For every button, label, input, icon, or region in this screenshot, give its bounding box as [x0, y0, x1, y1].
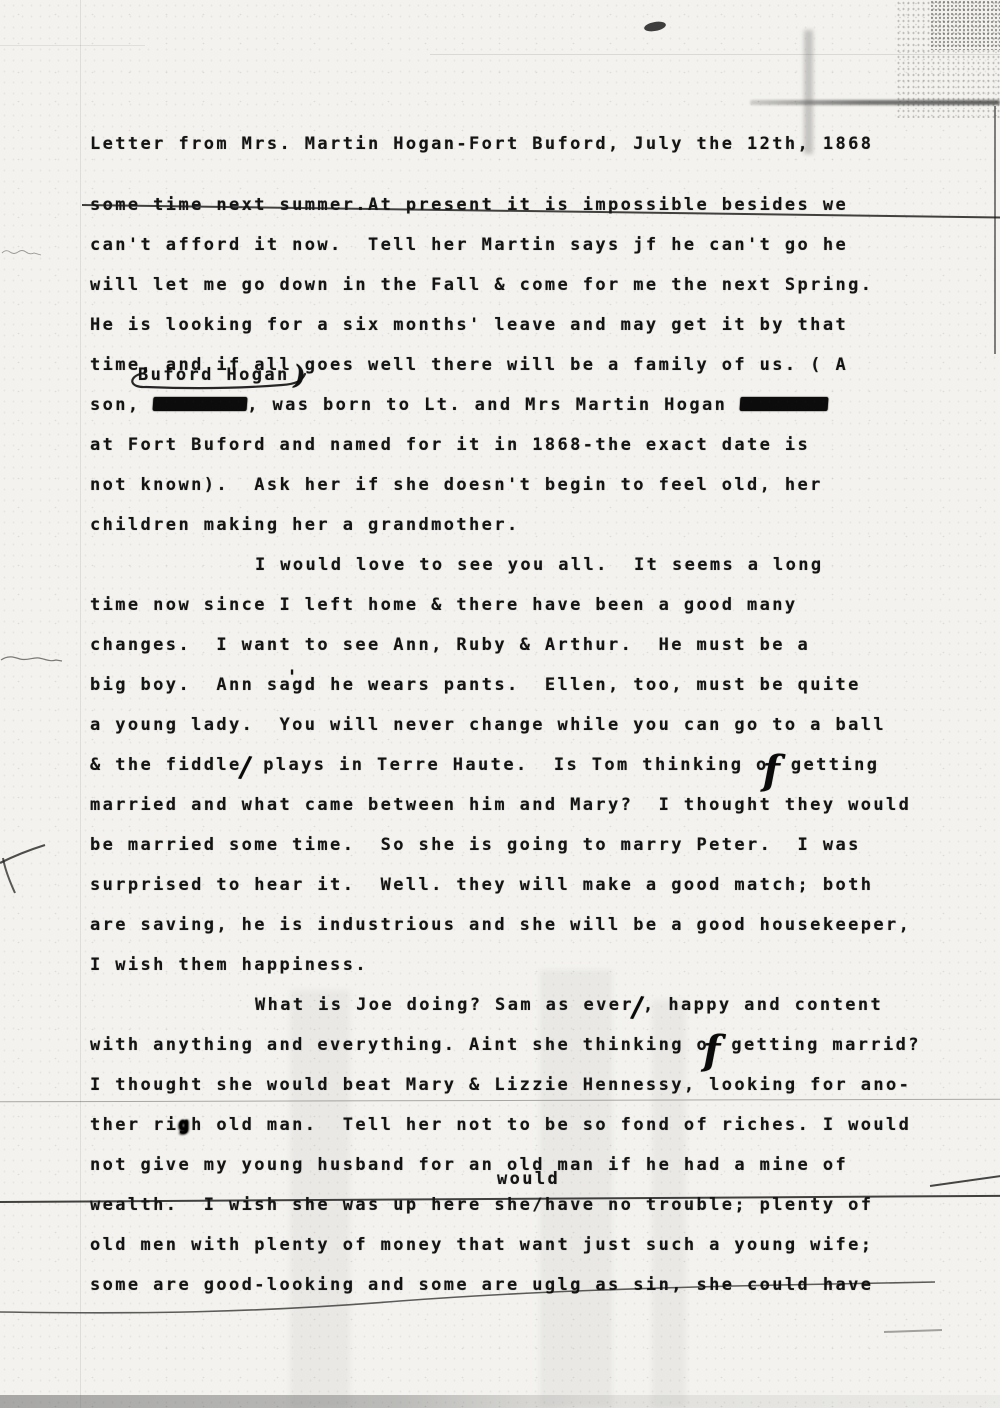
strikethrough-line — [82, 204, 1000, 218]
letter-line: can't afford it now. Tell her Martin say… — [90, 228, 970, 268]
letter-body: Letter from Mrs. Martin Hogan-Fort Bufor… — [90, 130, 970, 1308]
letter-line: ther righ old man. Tell her not to be so… — [90, 1108, 970, 1148]
letter-line: old men with plenty of money that want j… — [90, 1228, 970, 1268]
letter-line: married and what came between him and Ma… — [90, 788, 970, 828]
letter-line: are saving, he is industrious and she wi… — [90, 908, 970, 948]
letter-line: children making her a grandmother. — [90, 508, 970, 548]
letter-line: will let me go down in the Fall & come f… — [90, 268, 970, 308]
letter-line: a young lady. You will never change whil… — [90, 708, 970, 748]
scanned-letter-page: Letter from Mrs. Martin Hogan-Fort Bufor… — [0, 0, 1000, 1408]
letter-line: & the fiddle/ plays in Terre Haute. Is T… — [90, 748, 970, 788]
letter-lines: some time next summer.At present it is i… — [90, 188, 970, 1308]
letter-line: be married some time. So she is going to… — [90, 828, 970, 868]
redaction-bar — [153, 397, 248, 411]
letter-line: some are good-looking and some are uglg … — [90, 1268, 970, 1308]
letter-line: wealth. I wish she was up here she/have … — [90, 1188, 970, 1228]
margin-squiggle — [0, 648, 66, 670]
letter-line: surprised to hear it. Well. they will ma… — [90, 868, 970, 908]
letter-line: son, , was born to Lt. and Mrs Martin Ho… — [90, 388, 970, 428]
scan-noise-corner — [930, 0, 1000, 50]
letter-line: What is Joe doing? Sam as ever/, happy a… — [90, 988, 970, 1028]
interline-insertion: would — [497, 1170, 560, 1188]
letter-line: I thought she would beat Mary & Lizzie H… — [90, 1068, 970, 1108]
handwritten-slash-correction: / — [632, 1006, 645, 1008]
strikethrough-line — [0, 1195, 1000, 1203]
insertion-above-line: Buford Hogan) — [138, 364, 308, 390]
letter-line: I would love to see you all. It seems a … — [90, 548, 970, 588]
overstruck-character: g — [178, 1115, 191, 1135]
letter-line: some time next summer.At present it is i… — [90, 188, 970, 228]
letter-line: at Fort Buford and named for it in 1868-… — [90, 428, 970, 468]
fold-crease-line — [80, 0, 81, 1408]
margin-check-mark — [0, 836, 50, 898]
letter-line: He is looking for a six months' leave an… — [90, 308, 970, 348]
letter-line: changes. I want to see Ann, Ruby & Arthu… — [90, 628, 970, 668]
ink-blob — [643, 20, 666, 33]
insertion-paren: ) — [291, 365, 310, 389]
letter-title: Letter from Mrs. Martin Hogan-Fort Bufor… — [90, 130, 970, 170]
handwritten-slash-correction: / — [240, 766, 253, 768]
smudge-line — [750, 100, 1000, 105]
scanner-edge-band — [0, 1395, 1000, 1408]
right-edge-line — [994, 106, 996, 354]
letter-line: with anything and everything. Aint she t… — [90, 1028, 970, 1068]
letter-line: I wish them happiness. — [90, 948, 970, 988]
scan-line-top-left — [0, 45, 145, 46]
letter-line: big boy. Ann sa'gd he wears pants. Ellen… — [90, 668, 970, 708]
letter-line: time now since I left home & there have … — [90, 588, 970, 628]
letter-line: not known). Ask her if she doesn't begin… — [90, 468, 970, 508]
margin-scribble — [1, 246, 47, 260]
redaction-bar — [739, 397, 828, 411]
pencil-dash — [884, 1329, 942, 1333]
